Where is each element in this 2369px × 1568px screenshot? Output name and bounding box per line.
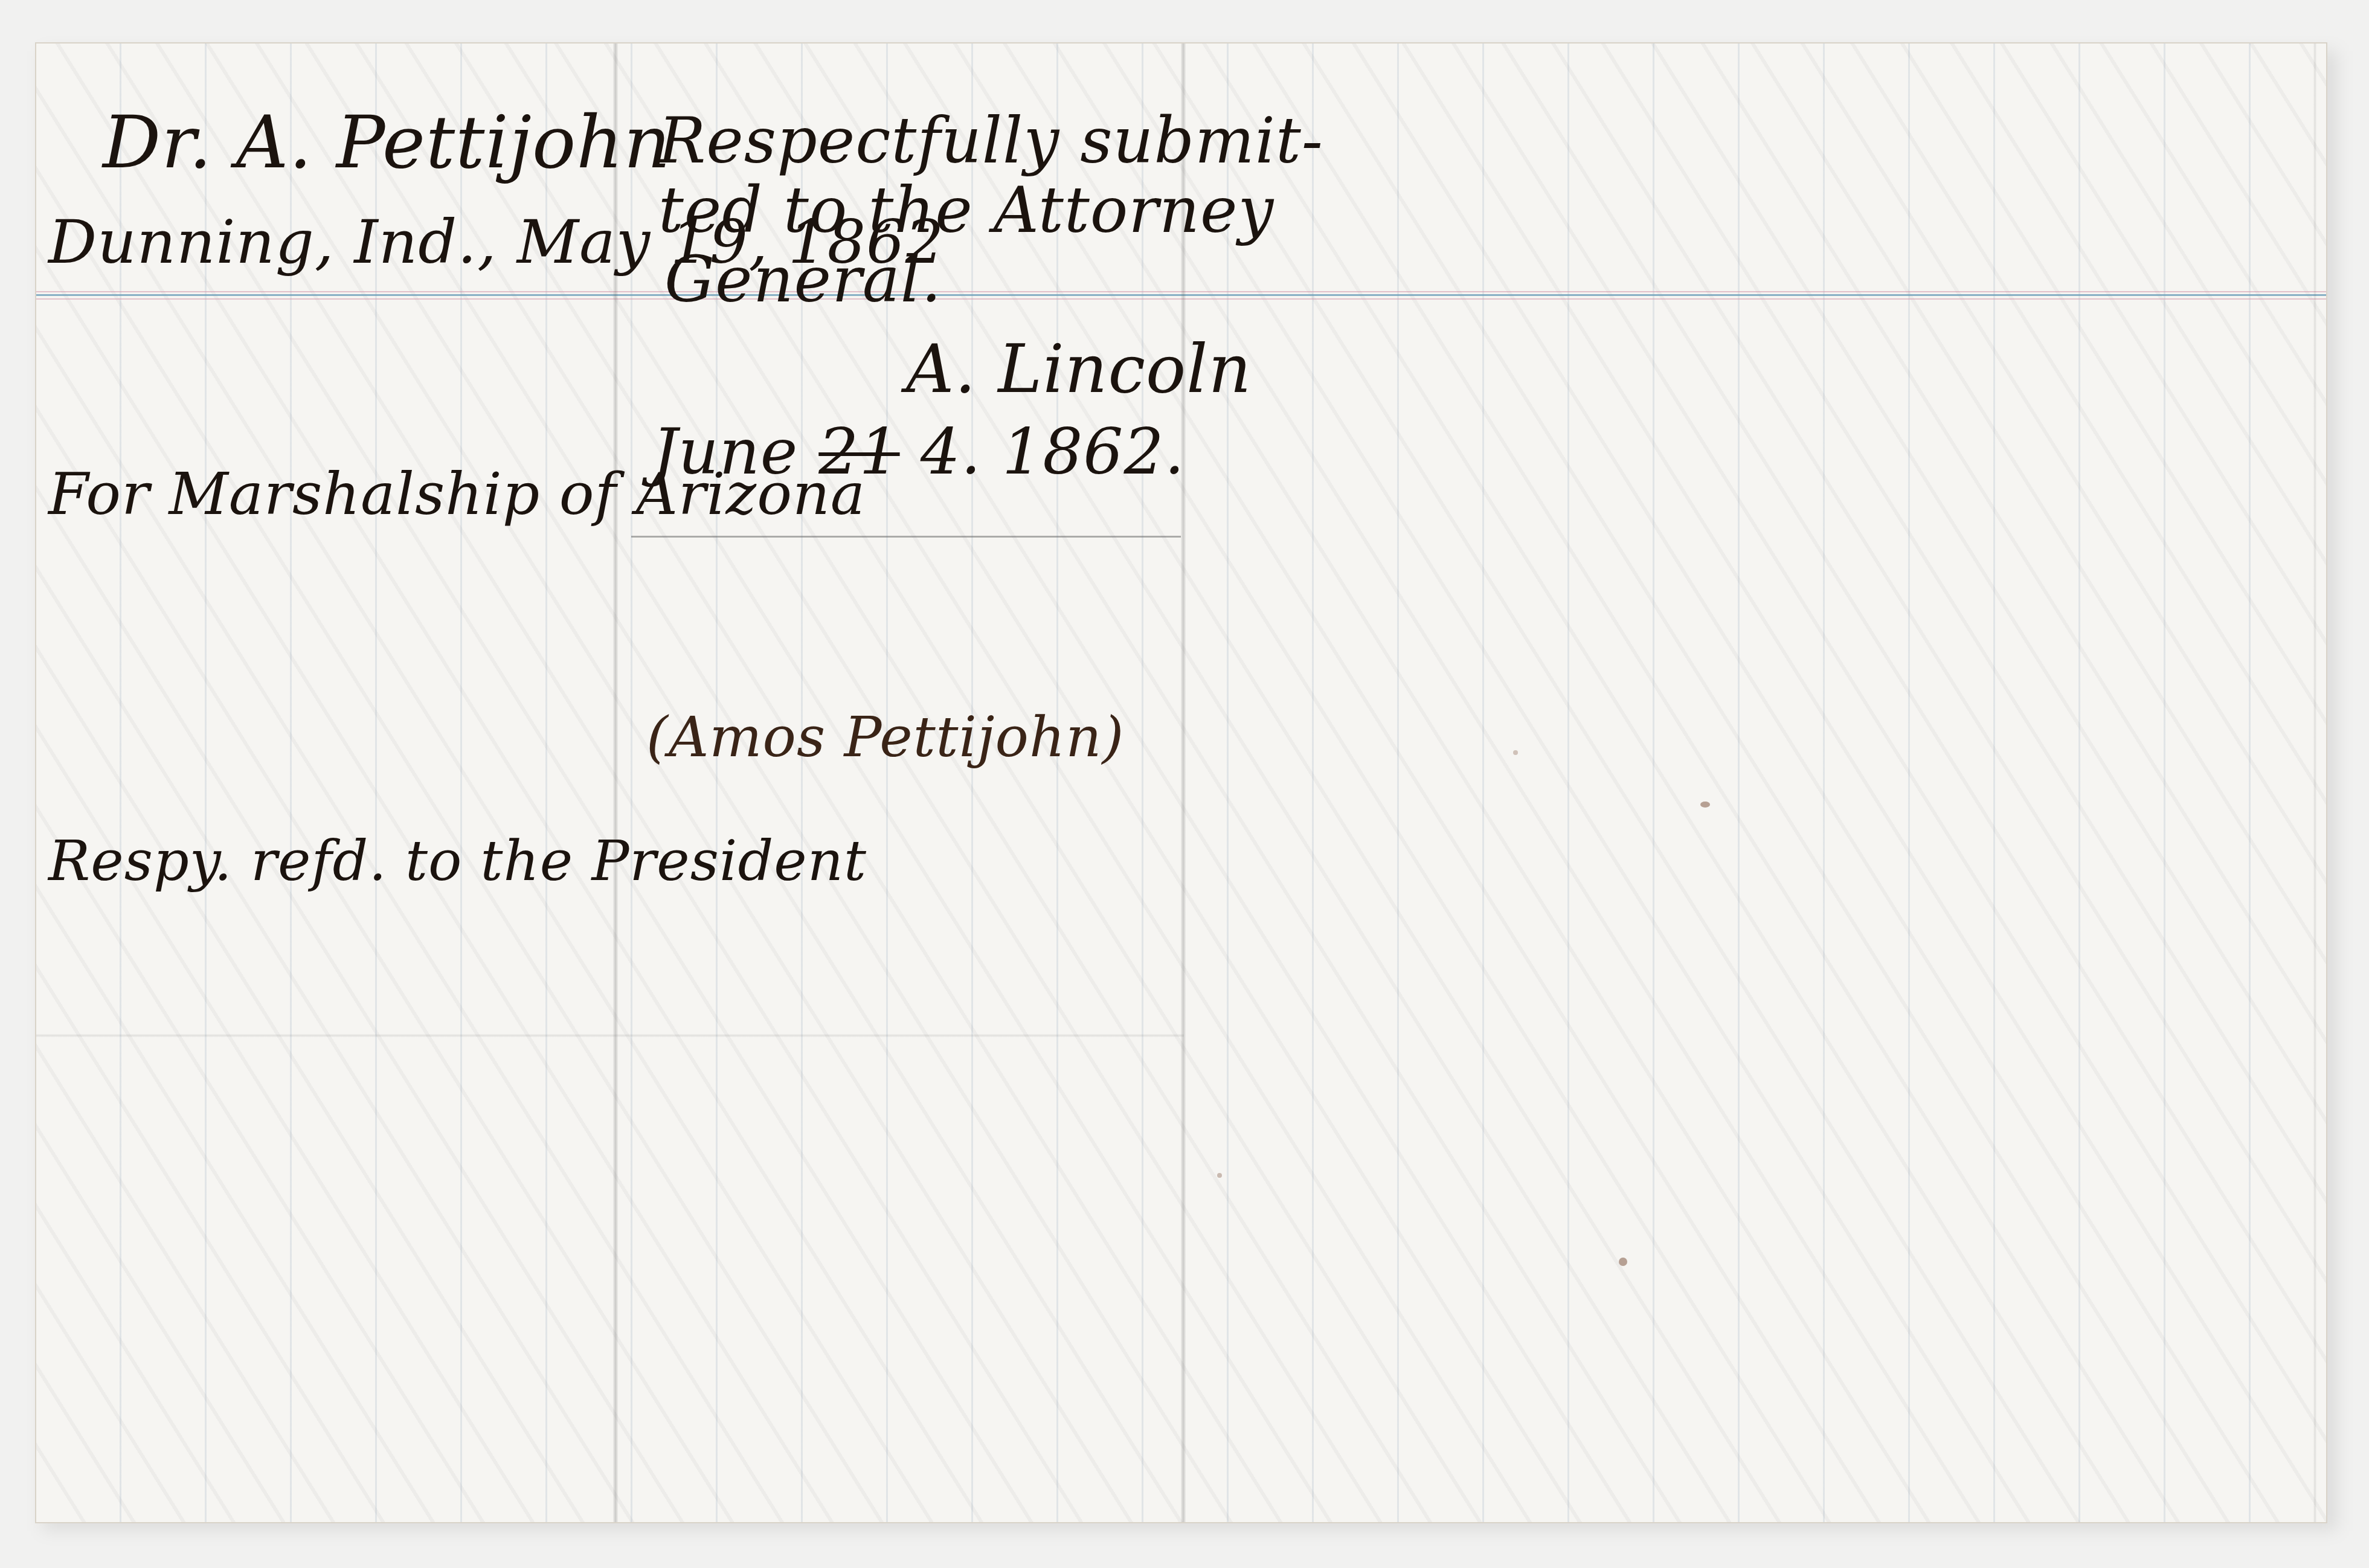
endorsement-line-3: General. bbox=[664, 243, 942, 316]
date-day-year: 4. 1862. bbox=[921, 415, 1185, 489]
foxing-spot bbox=[1513, 750, 1518, 755]
endorsement-date: June 21 4. 1862. bbox=[652, 415, 1185, 489]
applicant-name: Dr. A. Pettijohn bbox=[103, 101, 671, 185]
foxing-spot bbox=[1619, 1258, 1627, 1266]
endorsement-line-2: ted to the Attorney bbox=[658, 173, 1274, 247]
date-month: June bbox=[652, 415, 798, 489]
foxing-spot bbox=[1700, 802, 1710, 808]
endorsement-line-1: Respectfully submit- bbox=[658, 104, 1323, 178]
vertical-fold-right bbox=[1181, 43, 1186, 1522]
horizontal-fold bbox=[36, 1034, 1184, 1037]
pencil-separator-line bbox=[631, 536, 1181, 538]
document-sheet: Dr. A. Pettijohn Dunning, Ind., May 19, … bbox=[35, 42, 2327, 1523]
right-edge-crease bbox=[2313, 43, 2316, 1522]
applicant-name-note: (Amos Pettijohn) bbox=[646, 705, 1124, 770]
foxing-spot bbox=[1217, 1173, 1222, 1178]
date-struck-day: 21 bbox=[818, 415, 899, 489]
referral-note: Respy. refd. to the President bbox=[48, 829, 867, 893]
lincoln-signature: A. Lincoln bbox=[906, 330, 1252, 408]
